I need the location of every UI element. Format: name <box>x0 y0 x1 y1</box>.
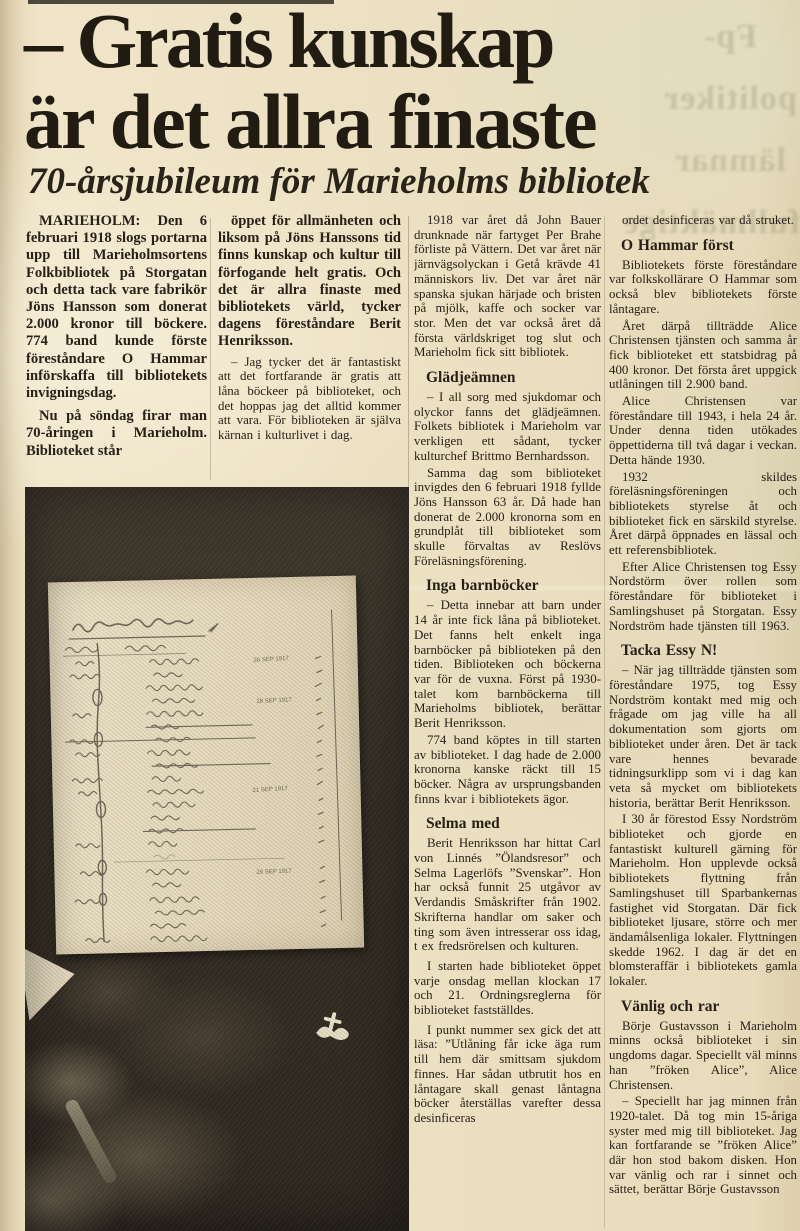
article-paragraph: – När jag tillträdde tjänsten som förest… <box>609 663 797 810</box>
ledger-date-stamp: 26 SEP 1917 <box>253 656 289 664</box>
newspaper-page: { "headline": { "line1": "– Gratis kunsk… <box>0 0 800 1231</box>
article-paragraph: Året därpå tillträdde Alice Christensen … <box>609 319 797 393</box>
article-paragraph: Efter Alice Christensen tog Essy Nordstö… <box>609 560 797 634</box>
book-edge-highlight <box>64 1098 119 1185</box>
section-heading: Tacka Essy N! <box>609 642 797 659</box>
article-paragraph: Alice Christensen var föreståndare till … <box>609 394 797 468</box>
article-paragraph: Börje Gustavsson i Marieholm minns också… <box>609 1019 797 1093</box>
article-paragraph: 774 band köptes in till starten av bibli… <box>414 733 601 807</box>
article-paragraph: Nu på söndag firar man 70-åringen i Mari… <box>26 408 207 460</box>
article-paragraph: 1932 skildes föreläsningsföreningen och … <box>609 470 797 558</box>
article-paragraph: Samma dag som biblioteket invigdes den 6… <box>414 466 601 569</box>
section-heading: Glädjeämnen <box>414 369 601 386</box>
ledger-date-stamp: 21 SEP 1917 <box>252 786 288 794</box>
ledger-date-stamp: 28 SEP 1917 <box>256 697 292 704</box>
section-heading: Selma med <box>414 815 601 832</box>
column-rule <box>604 216 605 1228</box>
article-paragraph: – Detta innebar att barn under 14 år int… <box>414 598 601 730</box>
article-paragraph: I starten hade biblioteket öppet varje o… <box>414 959 601 1018</box>
headline-line2: är det allra finaste <box>24 81 796 162</box>
section-heading: O Hammar först <box>609 237 797 254</box>
article-paragraph: Bibliotekets förste föreståndare var fol… <box>609 258 797 317</box>
section-heading: Inga barnböcker <box>414 577 601 594</box>
article-paragraph: I punkt nummer sex gick det att läsa: ”U… <box>414 1023 601 1126</box>
article-paragraph: – I all sorg med sjukdomar och olyckor f… <box>414 390 601 464</box>
section-heading: Vänlig och rar <box>609 998 797 1015</box>
article-paragraph: 1918 var året då John Bauer drunknade nä… <box>414 213 601 360</box>
article-paragraph: öppet för allmänheten och liksom på Jöns… <box>218 213 401 351</box>
article-column-3: 1918 var året då John Bauer drunknade nä… <box>414 213 601 1231</box>
article-paragraph: MARIEHOLM: Den 6 februari 1918 slogs por… <box>26 213 207 402</box>
article-paragraph: ordet desinficeras var då struket. <box>609 213 797 228</box>
article-column-1: MARIEHOLM: Den 6 februari 1918 slogs por… <box>26 213 207 485</box>
article-paragraph: – Jag tycker det är fantastiskt att det … <box>218 355 401 443</box>
article-column-4: ordet desinficeras var då struket. O Ham… <box>609 213 797 1231</box>
headline: – Gratis kunskap är det allra finaste <box>24 0 796 162</box>
column-rule <box>210 218 211 480</box>
article-photo: 26 SEP 1917 28 SEP 1917 21 SEP 1917 26 S… <box>25 487 409 1231</box>
subheadline: 70-årsjubileum för Marieholms bibliotek <box>28 160 768 203</box>
article-paragraph: Berit Henriksson har hittat Carl von Lin… <box>414 836 601 954</box>
headline-line1: – Gratis kunskap <box>24 0 796 81</box>
article-paragraph: I 30 år förestod Essy Nordström bibliote… <box>609 812 797 988</box>
ledger-date-stamp: 26 SEP 1917 <box>256 868 292 875</box>
ledger-paper: 26 SEP 1917 28 SEP 1917 21 SEP 1917 26 S… <box>48 576 364 955</box>
article-column-2: öppet för allmänheten och liksom på Jöns… <box>218 213 401 485</box>
handwriting-drawing: 26 SEP 1917 28 SEP 1917 21 SEP 1917 26 S… <box>48 576 364 955</box>
article-paragraph: – Speciellt har jag minnen från 1920-tal… <box>609 1094 797 1197</box>
cross-ornament-icon <box>311 1011 355 1043</box>
